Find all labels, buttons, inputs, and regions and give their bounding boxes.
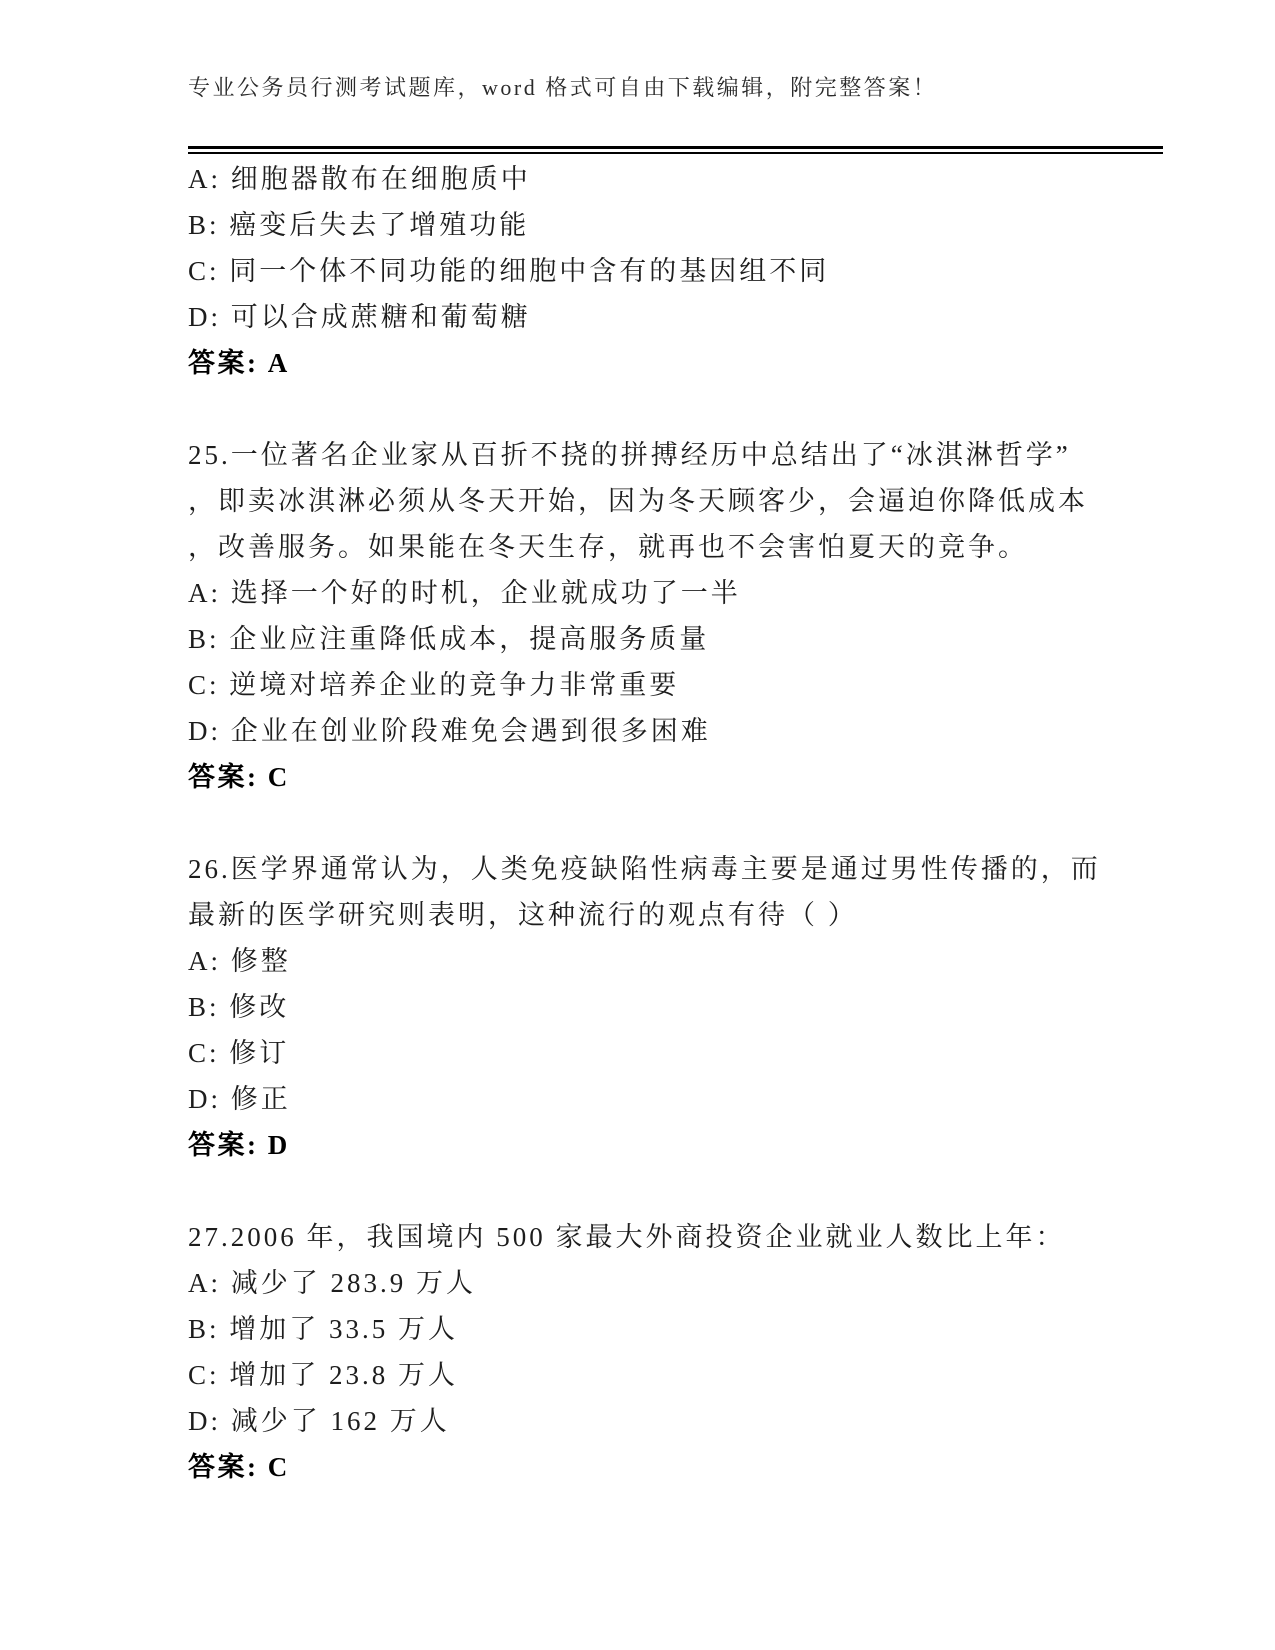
option-b: B: 癌变后失去了增殖功能 [188,202,1175,248]
option-b: B: 企业应注重降低成本，提高服务质量 [188,616,1175,662]
option-b: B: 修改 [188,984,1175,1030]
option-c: C: 同一个体不同功能的细胞中含有的基因组不同 [188,248,1175,294]
option-d: D: 减少了 162 万人 [188,1398,1175,1444]
question-block: A: 细胞器散布在细胞质中 B: 癌变后失去了增殖功能 C: 同一个体不同功能的… [188,156,1175,386]
option-d: D: 可以合成蔗糖和葡萄糖 [188,294,1175,340]
option-a: A: 减少了 283.9 万人 [188,1260,1175,1306]
answer-text: 答案: A [188,340,1175,386]
answer-text: 答案: C [188,1444,1175,1490]
option-a: A: 修整 [188,938,1175,984]
option-b: B: 增加了 33.5 万人 [188,1306,1175,1352]
question-block: 25.一位著名企业家从百折不挠的拼搏经历中总结出了“冰淇淋哲学” ，即卖冰淇淋必… [188,432,1175,800]
option-d: D: 修正 [188,1076,1175,1122]
question-text-line: ，改善服务。如果能在冬天生存，就再也不会害怕夏天的竞争。 [188,524,1175,570]
document-page: 专业公务员行测考试题库，word 格式可自由下载编辑，附完整答案！ A: 细胞器… [0,0,1275,1650]
option-a: A: 选择一个好的时机，企业就成功了一半 [188,570,1175,616]
answer-text: 答案: D [188,1122,1175,1168]
question-block: 26.医学界通常认为，人类免疫缺陷性病毒主要是通过男性传播的，而 最新的医学研究… [188,846,1175,1168]
question-block: 27.2006 年，我国境内 500 家最大外商投资企业就业人数比上年： A: … [188,1214,1175,1490]
question-text-line: 26.医学界通常认为，人类免疫缺陷性病毒主要是通过男性传播的，而 [188,846,1175,892]
question-text-line: 25.一位著名企业家从百折不挠的拼搏经历中总结出了“冰淇淋哲学” [188,432,1175,478]
document-content: A: 细胞器散布在细胞质中 B: 癌变后失去了增殖功能 C: 同一个体不同功能的… [188,156,1175,1490]
question-text-line: ，即卖冰淇淋必须从冬天开始，因为冬天顾客少，会逼迫你降低成本 [188,478,1175,524]
header-double-rule [188,146,1163,154]
option-a: A: 细胞器散布在细胞质中 [188,156,1175,202]
option-c: C: 增加了 23.8 万人 [188,1352,1175,1398]
question-text-line: 最新的医学研究则表明，这种流行的观点有待（ ） [188,892,1175,938]
page-header-title: 专业公务员行测考试题库，word 格式可自由下载编辑，附完整答案！ [188,74,1175,102]
answer-text: 答案: C [188,754,1175,800]
option-c: C: 逆境对培养企业的竞争力非常重要 [188,662,1175,708]
option-d: D: 企业在创业阶段难免会遇到很多困难 [188,708,1175,754]
option-c: C: 修订 [188,1030,1175,1076]
question-text-line: 27.2006 年，我国境内 500 家最大外商投资企业就业人数比上年： [188,1214,1175,1260]
